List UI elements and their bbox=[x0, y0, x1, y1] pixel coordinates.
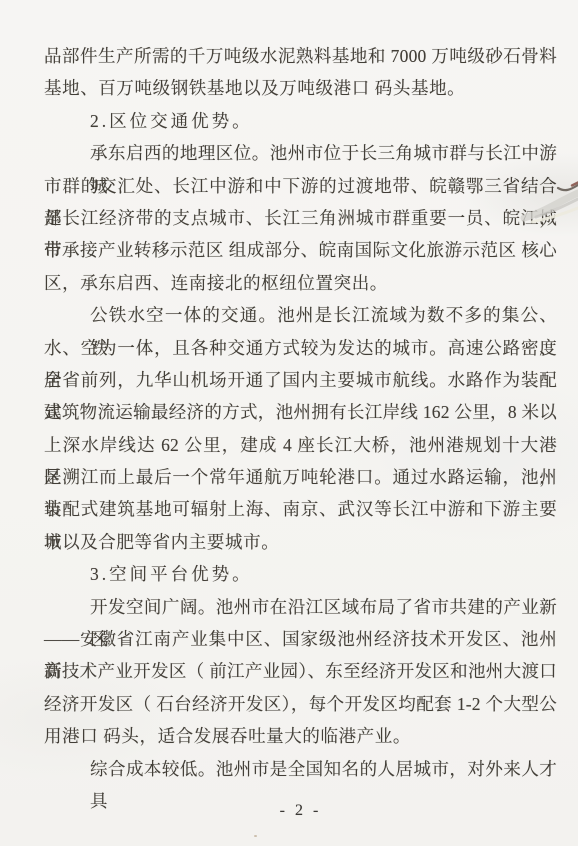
text-line: 是溯江而上最后一个常年通航万吨轮港口。通过水路运输，池州市 bbox=[44, 461, 557, 493]
page-number: - 2 - bbox=[44, 802, 557, 820]
text-line: 建筑物流运输最经济的方式，池州拥有长江岸线 162 公里，8 米以 bbox=[44, 396, 557, 428]
text-line: 用港口 码头，适合发展吞吐量大的临港产业。 bbox=[44, 720, 557, 752]
text-line: 全省前列，九华山机场开通了国内主要城市航线。水路作为装配式 bbox=[44, 364, 557, 396]
text-line: 上深水岸线达 62 公里，建成 4 座长江大桥，池州港规划十大港区， bbox=[44, 429, 557, 461]
text-line: 市以及合肥等省内主要城市。 bbox=[44, 526, 557, 558]
text-line: 区，承东启西、连南接北的枢纽位置突出。 bbox=[44, 267, 557, 299]
document-text-block: 品部件生产所需的千万吨级水泥熟料基地和 7000 万吨级砂石骨料基地、百万吨级钢… bbox=[44, 40, 557, 785]
scanned-document-page: 品部件生产所需的千万吨级水泥熟料基地和 7000 万吨级砂石骨料基地、百万吨级钢… bbox=[0, 0, 578, 846]
text-line: 经济开发区（ 石台经济开发区），每个开发区均配套 1-2 个大型公 bbox=[44, 688, 557, 720]
text-line: 品部件生产所需的千万吨级水泥熟料基地和 7000 万吨级砂石骨料 bbox=[44, 40, 557, 72]
text-line: 承东启西的地理区位。池州市位于长三角城市群与长江中游城 bbox=[44, 137, 557, 169]
paper-speck-artifact bbox=[254, 835, 257, 837]
text-line: 基地、百万吨级钢铁基地以及万吨级港口 码头基地。 bbox=[44, 72, 557, 104]
text-line: 装配式建筑基地可辐射上海、南京、武汉等长江中游和下游主要城 bbox=[44, 493, 557, 525]
text-line: 综合成本较低。池州市是全国知名的人居城市，对外来人才具 bbox=[44, 753, 557, 785]
text-line: 新技术产业开发区（ 前江产业园）、东至经济开发区和池州大渡口 bbox=[44, 655, 557, 687]
section-heading-line: 2.区位交通优势。 bbox=[44, 105, 557, 137]
text-line: 市群的交汇处、长江中游和中下游的过渡地带、皖赣鄂三省结合部， bbox=[44, 170, 557, 202]
text-line: 带承接产业转移示范区 组成部分、皖南国际文化旅游示范区 核心 bbox=[44, 234, 557, 266]
text-line: 公铁水空一体的交通。池州是长江流域为数不多的集公、铁、 bbox=[44, 299, 557, 331]
text-line: 是长江经济带的支点城市、长江三角洲城市群重要一员、皖江城市 bbox=[44, 202, 557, 234]
text-line: 开发空间广阔。池州市在沿江区域布局了省市共建的产业新区 bbox=[44, 591, 557, 623]
text-line: 水、空为一体，且各种交通方式较为发达的城市。高速公路密度居 bbox=[44, 332, 557, 364]
text-line: ——安徽省江南产业集中区、国家级池州经济技术开发区、池州高 bbox=[44, 623, 557, 655]
section-heading-line: 3.空间平台优势。 bbox=[44, 558, 557, 590]
